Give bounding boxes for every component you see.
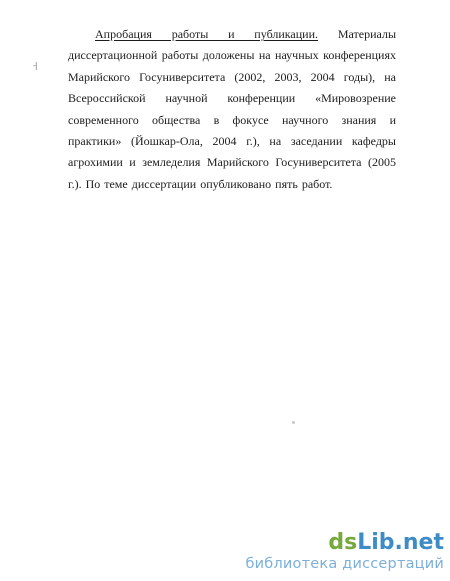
margin-pencil-mark: -|	[33, 61, 37, 70]
document-page: -| Апробация работы и публикации. Матери…	[0, 0, 450, 581]
paragraph-heading: Апробация работы и публикации.	[95, 27, 318, 41]
scan-artifact-dot	[292, 421, 295, 424]
dslib-logo-suffix: Lib.net	[357, 530, 444, 555]
watermark: dsLib.net библиотека диссертаций	[246, 531, 444, 573]
dslib-logo-prefix: ds	[328, 530, 357, 555]
dslib-logo: dsLib.net	[246, 531, 444, 555]
paragraph: Апробация работы и публикации. Материалы…	[68, 24, 396, 195]
paragraph-body: Материалы диссертационной работы доложен…	[68, 27, 396, 191]
watermark-tagline: библиотека диссертаций	[246, 555, 444, 573]
